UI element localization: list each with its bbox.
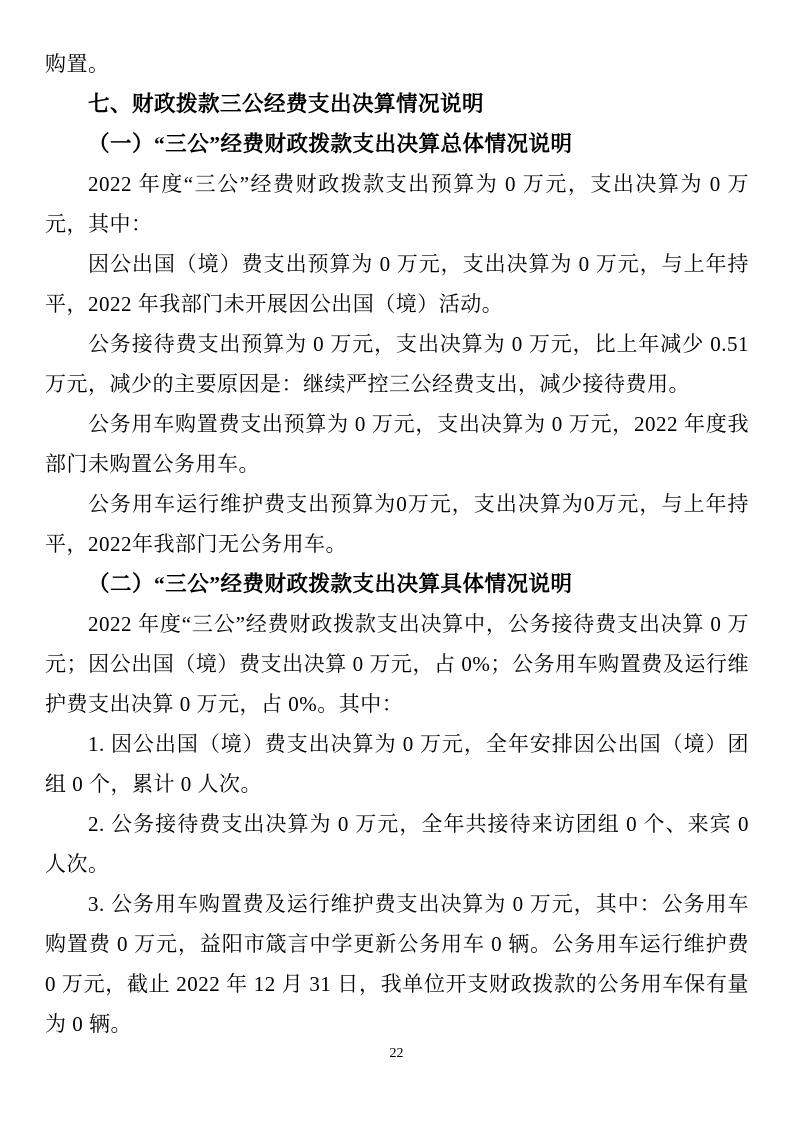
paragraph-item-3-vehicle: 3. 公务用车购置费及运行维护费支出决算为 0 万元，其中：公务用车购置费 0 …	[45, 884, 749, 1044]
paragraph-item-2-reception: 2. 公务接待费支出决算为 0 万元，全年共接待来访团组 0 个、来宾 0 人次…	[45, 804, 749, 884]
paragraph-specific-summary: 2022 年度“三公”经费财政拨款支出决算中，公务接待费支出决算 0 万元；因公…	[45, 604, 749, 724]
paragraph-reception-expense: 公务接待费支出预算为 0 万元，支出决算为 0 万元，比上年减少 0.51 万元…	[45, 324, 749, 404]
paragraph-previous-continuation: 购置。	[45, 44, 749, 84]
heading-subsection-two: （二）“三公”经费财政拨款支出决算具体情况说明	[45, 564, 749, 604]
page-number: 22	[0, 1046, 793, 1062]
document-page: 购置。 七、财政拨款三公经费支出决算情况说明 （一）“三公”经费财政拨款支出决算…	[0, 0, 793, 1122]
heading-section-seven: 七、财政拨款三公经费支出决算情况说明	[45, 84, 749, 124]
heading-subsection-one: （一）“三公”经费财政拨款支出决算总体情况说明	[45, 124, 749, 164]
paragraph-item-1-abroad: 1. 因公出国（境）费支出决算为 0 万元，全年安排因公出国（境）团组 0 个，…	[45, 724, 749, 804]
paragraph-overall-summary: 2022 年度“三公”经费财政拨款支出预算为 0 万元，支出决算为 0 万元，其…	[45, 164, 749, 244]
paragraph-vehicle-maintenance: 公务用车运行维护费支出预算为0万元，支出决算为0万元，与上年持平，2022年我部…	[45, 484, 749, 564]
paragraph-abroad-expense: 因公出国（境）费支出预算为 0 万元，支出决算为 0 万元，与上年持平，2022…	[45, 244, 749, 324]
paragraph-vehicle-purchase: 公务用车购置费支出预算为 0 万元，支出决算为 0 万元，2022 年度我部门未…	[45, 404, 749, 484]
document-body: 购置。 七、财政拨款三公经费支出决算情况说明 （一）“三公”经费财政拨款支出决算…	[45, 44, 749, 1044]
